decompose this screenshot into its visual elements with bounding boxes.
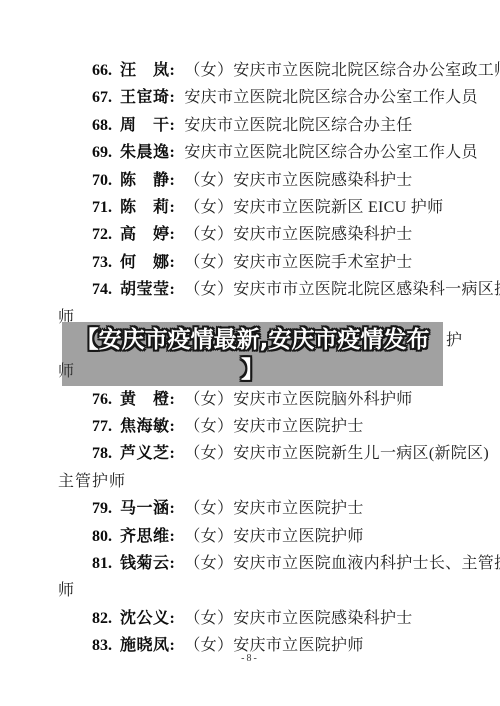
entry-name: 芦义芝: [120, 445, 175, 462]
entry-wrap-line: 师 [0, 358, 500, 385]
list-item: 73.何 娜:（女）安庆市立医院手术室护士 [0, 249, 500, 276]
entry-number: 68. [92, 112, 120, 139]
entry-number: 82. [92, 605, 120, 632]
entry-description: （女）安庆市立医院护士 [184, 418, 363, 435]
list-item: 67.王宦琦:安庆市立医院北院区综合办公室工作人员 [0, 84, 500, 111]
entry-name: 马一涵: [120, 500, 175, 517]
entry-description: （女）安庆市立医院北院区综合办公室政工师 [184, 62, 500, 79]
entry-number: 77. [92, 413, 120, 440]
entry-description: （女）安庆市市立医院北院区感染科一病区护 [184, 281, 500, 298]
entry-name: 齐思维: [120, 528, 175, 545]
list-item: 81.钱菊云:（女）安庆市立医院血液内科护士长、主管护 [0, 550, 500, 577]
entry-description: （女）安庆市立医院感染科护士 [184, 226, 412, 243]
entry-wrap-line: 师 [0, 577, 500, 604]
list-item: 76.黄 橙:（女）安庆市立医院脑外科护师 [0, 386, 500, 413]
entry-name: 黄 橙: [120, 391, 175, 408]
entry-name: 周 干: [120, 117, 175, 134]
roster-list: 66.汪 岚:（女）安庆市立医院北院区综合办公室政工师67.王宦琦:安庆市立医院… [0, 57, 500, 660]
entry-name: 胡莹莹: [120, 281, 175, 298]
entry-description: （女）安庆市立医院感染科护士 [184, 610, 412, 627]
entry-name: 陈 莉: [120, 199, 175, 216]
entry-description: 安庆市立医院北院区综合办主任 [184, 117, 412, 134]
entry-number: 76. [92, 386, 120, 413]
entry-wrap-line: 主管护师 [0, 468, 500, 495]
entry-description: （女）安庆市立医院护师 [184, 528, 363, 545]
list-item: 77.焦海敏:（女）安庆市立医院护士 [0, 413, 500, 440]
entry-name: 焦海敏: [120, 418, 175, 435]
entry-description: （女）安庆市立医院新区 EICU 护师 [184, 199, 443, 216]
entry-name: 陈 静: [120, 172, 175, 189]
entry-number: 74. [92, 276, 120, 303]
entry-number: 69. [92, 139, 120, 166]
entry-number: 67. [92, 84, 120, 111]
entry-number: 81. [92, 550, 120, 577]
list-item: 71.陈 莉:（女）安庆市立医院新区 EICU 护师 [0, 194, 500, 221]
entry-number: 72. [92, 221, 120, 248]
entry-number: 78. [92, 440, 120, 467]
entry-name: 朱晨逸: [120, 144, 175, 161]
entry-name: 施晓凤: [120, 637, 175, 654]
document-page: 66.汪 岚:（女）安庆市立医院北院区综合办公室政工师67.王宦琦:安庆市立医院… [0, 0, 500, 706]
entry-number: 71. [92, 194, 120, 221]
list-item: 80.齐思维:（女）安庆市立医院护师 [0, 523, 500, 550]
entry-name: 钱菊云: [120, 555, 175, 572]
entry-description: 安庆市立医院北院区综合办公室工作人员 [184, 89, 477, 106]
list-item: 72.高 婷:（女）安庆市立医院感染科护士 [0, 221, 500, 248]
entry-description: （女）安庆市立医院血液内科护士长、主管护 [184, 555, 500, 572]
overlay-banner-title-line1: 【安庆市疫情最新,安庆市疫情发布 [62, 325, 443, 355]
entry-name: 汪 岚: [120, 62, 175, 79]
list-item: 68.周 干:安庆市立医院北院区综合办主任 [0, 112, 500, 139]
list-item: 70.陈 静:（女）安庆市立医院感染科护士 [0, 167, 500, 194]
entry-description: （女）安庆市立医院护师 [184, 637, 363, 654]
entry-description: （女）安庆市立医院感染科护士 [184, 172, 412, 189]
entry-description: （女）安庆市立医院新生儿一病区(新院区) [184, 445, 489, 462]
entry-name: 高 婷: [120, 226, 175, 243]
entry-number: 80. [92, 523, 120, 550]
entry-description: （女）安庆市立医院护士 [184, 500, 363, 517]
list-item: 82.沈公义:（女）安庆市立医院感染科护士 [0, 605, 500, 632]
entry-description: （女）安庆市立医院手术室护士 [184, 254, 412, 271]
entry-description: 安庆市立医院北院区综合办公室工作人员 [184, 144, 477, 161]
entry-number: 73. [92, 249, 120, 276]
entry-number: 79. [92, 495, 120, 522]
list-item: 78.芦义芝:（女）安庆市立医院新生儿一病区(新院区) [0, 440, 500, 467]
list-item: 66.汪 岚:（女）安庆市立医院北院区综合办公室政工师 [0, 57, 500, 84]
entry-name: 沈公义: [120, 610, 175, 627]
entry-name: 王宦琦: [120, 89, 175, 106]
entry-number: 66. [92, 57, 120, 84]
entry-name: 何 娜: [120, 254, 175, 271]
list-item: 74.胡莹莹:（女）安庆市市立医院北院区感染科一病区护 [0, 276, 500, 303]
entry-description: （女）安庆市立医院脑外科护师 [184, 391, 412, 408]
entry-number: 70. [92, 167, 120, 194]
list-item: 79.马一涵:（女）安庆市立医院护士 [0, 495, 500, 522]
obscured-entry-tail-text: 护 [446, 327, 462, 350]
page-number: -8- [0, 653, 500, 664]
list-item: 69.朱晨逸:安庆市立医院北院区综合办公室工作人员 [0, 139, 500, 166]
